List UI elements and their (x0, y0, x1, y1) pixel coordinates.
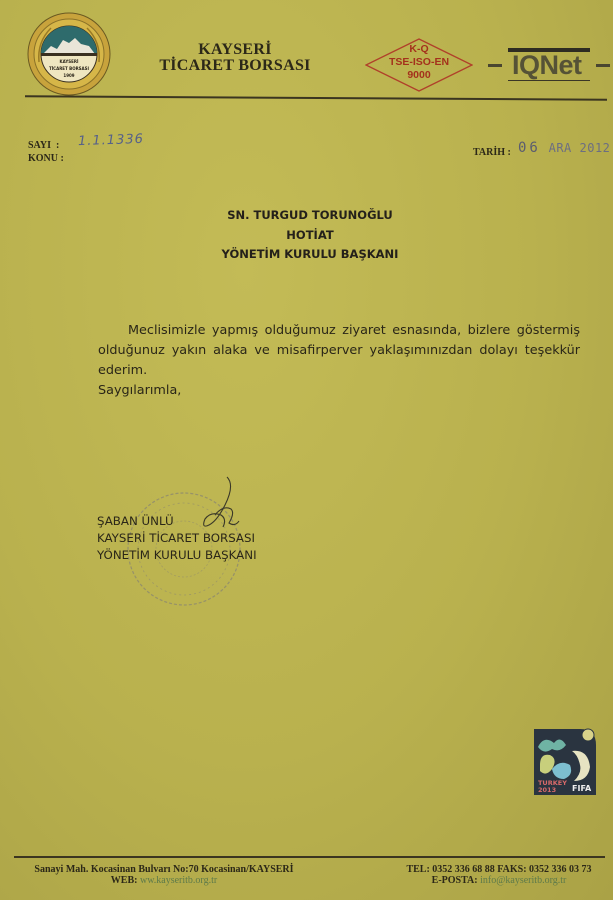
cert-line2: TSE-ISO-EN (365, 56, 473, 69)
tse-certification-badge: K-Q TSE-ISO-EN 9000 (365, 38, 473, 92)
footer-email-label: E-POSTA: (432, 875, 478, 886)
tarih-label: TARİH : (473, 147, 511, 158)
addressee-title: YÖNETİM KURULU BAŞKANI (200, 245, 420, 265)
org-name: KAYSERİ TİCARET BORSASI (150, 42, 320, 74)
footer-divider (14, 856, 605, 858)
fifa-u20-badge: TURKEY 2013 FIFA (530, 725, 600, 799)
org-name-line2: TİCARET BORSASI (150, 58, 320, 74)
sayi-label: SAYI : (28, 140, 59, 151)
footer-tel-fax: TEL: 0352 336 68 88 FAKS: 0352 336 03 73 (388, 864, 610, 875)
addressee-block: SN. TURGUD TORUNOĞLU HOTİAT YÖNETİM KURU… (200, 206, 420, 265)
konu-label: KONU : (28, 153, 64, 164)
svg-text:TİCARET BORSASI: TİCARET BORSASI (49, 66, 90, 71)
footer-address-block: Sanayi Mah. Kocasinan Bulvarı No:70 Koca… (14, 864, 314, 886)
iqnet-label: IQNet (512, 50, 582, 80)
sayi-value: 1.1.1336 (78, 132, 144, 149)
iqnet-logo: IQNet (488, 46, 610, 90)
footer-address: Sanayi Mah. Kocasinan Bulvarı No:70 Koca… (14, 864, 314, 875)
cert-line1: K-Q (365, 43, 473, 56)
cert-line3: 9000 (365, 69, 473, 82)
footer-email-link[interactable]: info@kayseritb.org.tr (480, 875, 566, 886)
addressee-company: HOTİAT (200, 226, 420, 246)
iqnet-subtitle-rule (508, 80, 590, 83)
fifa-year: 2013 (538, 786, 556, 794)
footer-web-link[interactable]: ww.kayseritb.org.tr (140, 875, 217, 886)
fifa-brand: FIFA (572, 784, 592, 793)
signatory-title: YÖNETİM KURULU BAŞKANI (97, 547, 257, 564)
handwritten-signature (165, 475, 245, 535)
org-name-line1: KAYSERİ (150, 42, 320, 58)
tarih-day: 06 (518, 140, 541, 156)
header-divider (25, 95, 607, 101)
iqnet-dash-right (596, 64, 610, 67)
tarih-date-stamp: 06 ARA 2012 (518, 140, 610, 156)
iqnet-dash-left (488, 64, 502, 67)
footer-contact-block: TEL: 0352 336 68 88 FAKS: 0352 336 03 73… (388, 864, 610, 886)
svg-text:1909: 1909 (63, 73, 74, 78)
org-seal-logo: KAYSERİ TİCARET BORSASI 1909 (27, 12, 111, 96)
addressee-name: SN. TURGUD TORUNOĞLU (200, 206, 420, 226)
body-paragraph: Meclisimizle yapmış olduğumuz ziyaret es… (98, 321, 580, 381)
letter-body: Meclisimizle yapmış olduğumuz ziyaret es… (98, 321, 580, 401)
closing-text: Saygılarımla, (98, 381, 580, 401)
footer-web-label: WEB: (111, 875, 138, 886)
tarih-month-year: ARA 2012 (549, 141, 611, 155)
svg-text:KAYSERİ: KAYSERİ (60, 59, 79, 64)
